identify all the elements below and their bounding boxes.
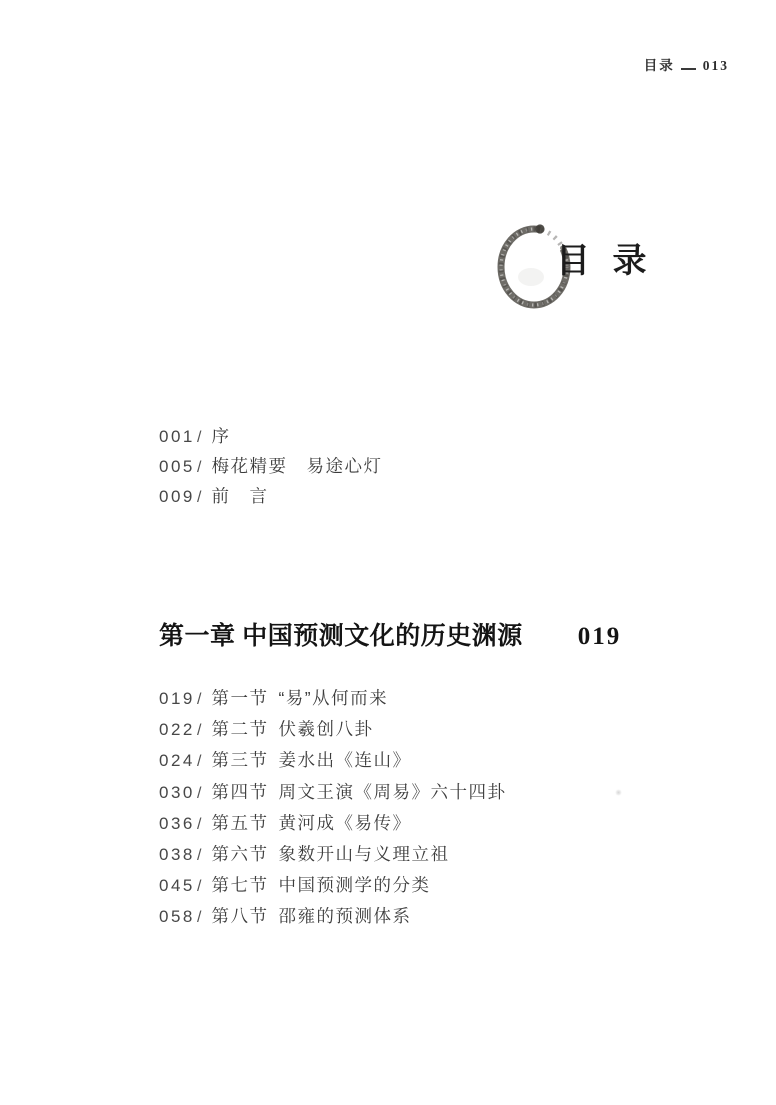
entry-separator: / (197, 785, 201, 803)
entry-page-number: 030 (159, 783, 196, 803)
entry-title: 伏羲创八卦 (278, 716, 373, 741)
entry-title: 姜水出《连山》 (278, 747, 411, 772)
toc-entry: 022 / 第二节 伏羲创八卦 (159, 716, 506, 747)
entry-separator: / (197, 816, 201, 834)
entry-page-number: 036 (159, 814, 196, 834)
header-dash-rule (681, 68, 696, 70)
entry-page-number: 038 (159, 845, 196, 865)
entry-separator: / (197, 753, 201, 771)
toc-entry: 030 / 第四节 周文王演《周易》六十四卦 (159, 779, 506, 810)
entry-title: 序 (211, 423, 230, 448)
toc-entry: 058 / 第八节 邵雍的预测体系 (159, 903, 506, 934)
entry-separator: / (197, 691, 201, 709)
toc-entry: 038 / 第六节 象数开山与义理立祖 (159, 841, 506, 872)
entry-page-number: 045 (159, 876, 196, 896)
entry-title: 邵雍的预测体系 (278, 903, 411, 928)
entry-page-number: 009 (159, 487, 196, 507)
toc-entry: 005 / 梅花精要 易途心灯 (159, 453, 382, 483)
entry-page-number: 058 (159, 907, 196, 927)
toc-entry: 036 / 第五节 黄河成《易传》 (159, 810, 506, 841)
entry-separator: / (197, 489, 201, 507)
toc-entry: 024 / 第三节 姜水出《连山》 (159, 747, 506, 778)
entry-title: 黄河成《易传》 (278, 810, 411, 835)
entry-title: 梅花精要 易途心灯 (211, 453, 382, 478)
front-matter-list: 001 / 序 005 / 梅花精要 易途心灯 009 / 前 言 (159, 423, 382, 513)
running-header-page-number: 013 (703, 58, 729, 73)
toc-entry: 045 / 第七节 中国预测学的分类 (159, 872, 506, 903)
chapter-title: 第一章 中国预测文化的历史渊源 (159, 623, 523, 650)
toc-entry: 019 / 第一节 “易”从何而来 (159, 685, 506, 716)
entry-section-label: 第二节 (211, 716, 268, 741)
entry-page-number: 022 (159, 720, 196, 740)
toc-entry: 001 / 序 (159, 423, 382, 453)
entry-title: 前 言 (211, 483, 268, 508)
entry-section-label: 第一节 (211, 685, 268, 710)
entry-separator: / (197, 722, 201, 740)
entry-section-label: 第三节 (211, 747, 268, 772)
entry-separator: / (197, 459, 201, 477)
entry-page-number: 001 (159, 427, 196, 447)
entry-title: 中国预测学的分类 (278, 872, 430, 897)
entry-section-label: 第八节 (211, 903, 268, 928)
entry-separator: / (197, 847, 201, 865)
entry-page-number: 005 (159, 457, 196, 477)
chapter-heading: 第一章 中国预测文化的历史渊源019 (159, 616, 621, 652)
entry-title: 周文王演《周易》六十四卦 (278, 779, 506, 804)
section-list: 019 / 第一节 “易”从何而来 022 / 第二节 伏羲创八卦 024 / … (159, 685, 506, 935)
entry-separator: / (197, 429, 201, 447)
toc-entry: 009 / 前 言 (159, 483, 382, 513)
entry-page-number: 024 (159, 751, 196, 771)
running-header-section: 目录 (644, 58, 675, 73)
scan-artifact-speck (615, 789, 622, 796)
entry-separator: / (197, 909, 201, 927)
running-header: 目录013 (644, 54, 729, 74)
entry-title: 象数开山与义理立祖 (278, 841, 449, 866)
toc-title: 目 录 (556, 233, 654, 282)
entry-section-label: 第五节 (211, 810, 268, 835)
entry-section-label: 第七节 (211, 872, 268, 897)
entry-section-label: 第四节 (211, 779, 268, 804)
entry-page-number: 019 (159, 689, 196, 709)
chapter-page-number: 019 (578, 623, 622, 650)
entry-section-label: 第六节 (211, 841, 268, 866)
entry-title: “易”从何而来 (278, 685, 388, 710)
entry-separator: / (197, 878, 201, 896)
book-toc-page: 目录013 目 录 001 / 序 005 / 梅花精要 易途心灯 (0, 0, 776, 1105)
